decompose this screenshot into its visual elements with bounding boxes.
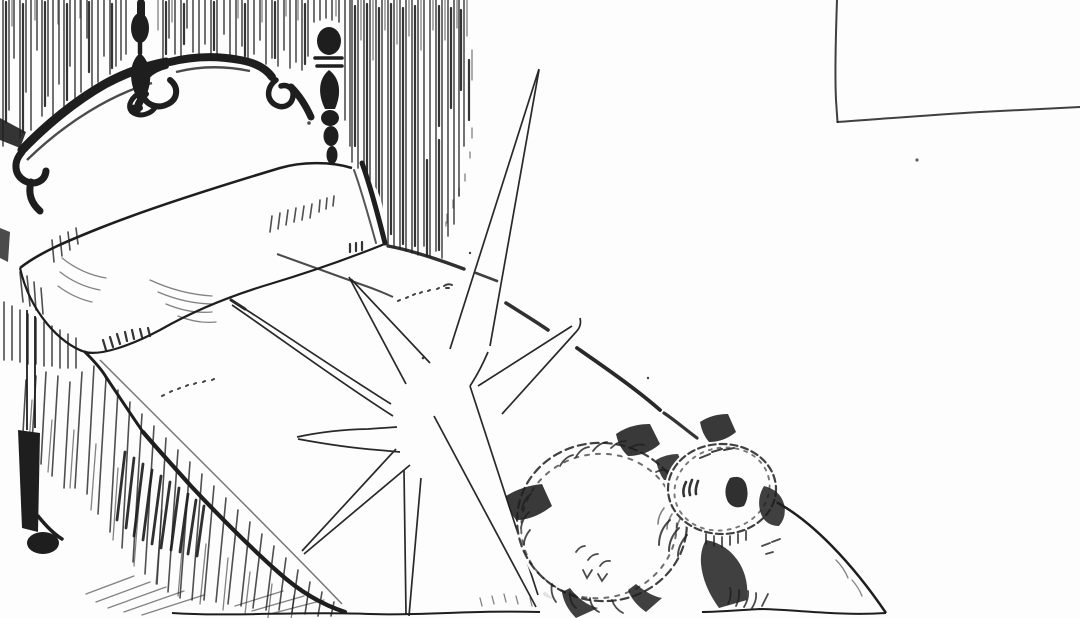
ink-speck <box>307 121 311 125</box>
sketch-svg <box>0 0 1080 618</box>
left-finial-post <box>131 3 150 108</box>
headboard-left-curl <box>16 152 46 211</box>
ink-speck <box>915 158 918 161</box>
bear-ear-right <box>700 414 736 442</box>
illustration-canvas <box>0 0 1080 618</box>
bear-head <box>665 441 779 537</box>
bear-eye-right <box>725 477 747 507</box>
right-finial-post <box>315 27 342 172</box>
illustration <box>0 0 1080 618</box>
frame-corner <box>835 0 1080 162</box>
teddy-bear <box>506 414 785 618</box>
right-scroll <box>269 80 294 107</box>
pillow <box>20 163 387 353</box>
